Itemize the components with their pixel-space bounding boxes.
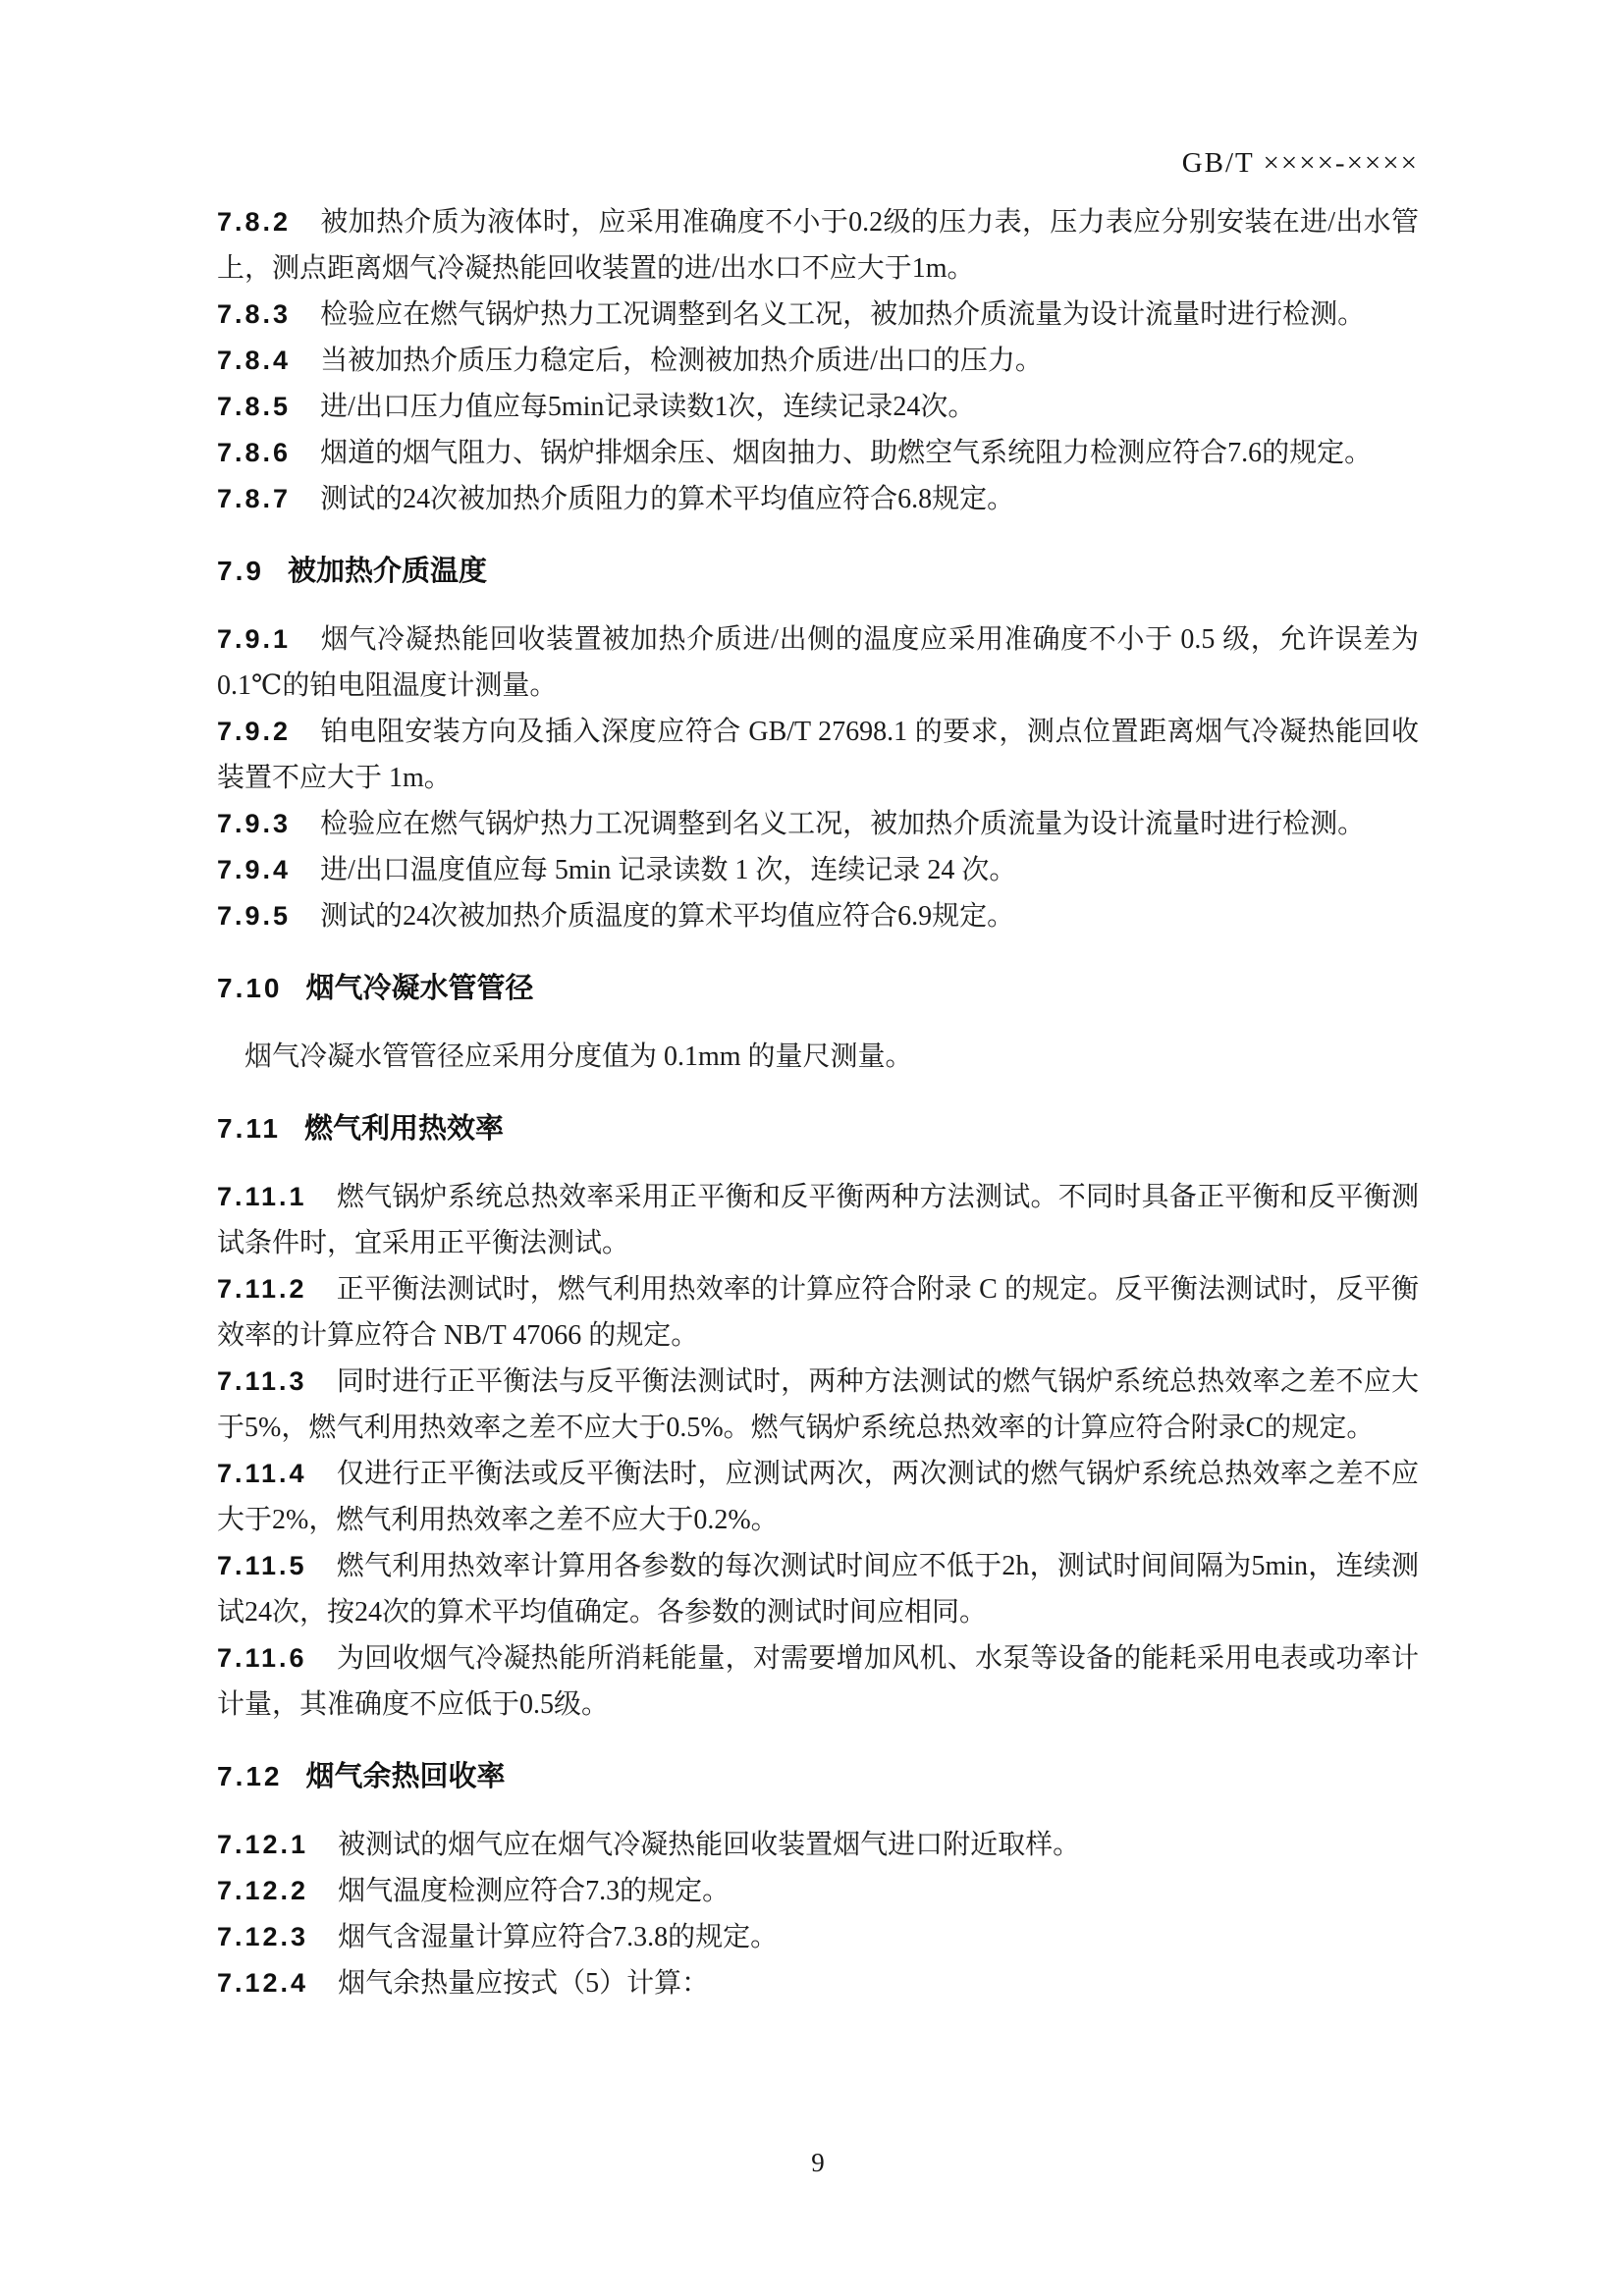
clause-text: 燃气利用热效率计算用各参数的每次测试时间应不低于2h，测试时间间隔为5min，连… — [217, 1551, 1419, 1628]
clause-number: 7.9.3 — [217, 809, 291, 838]
clause-text: 铂电阻安装方向及插入深度应符合 GB/T 27698.1 的要求，测点位置距离烟… — [217, 717, 1419, 793]
clause-7.12.4: 7.12.4烟气余热量应按式（5）计算： — [217, 1960, 1419, 2006]
clause-number: 7.9.4 — [217, 855, 291, 884]
clause-text: 仅进行正平衡法或反平衡法时，应测试两次，两次测试的燃气锅炉系统总热效率之差不应大… — [217, 1459, 1419, 1535]
clause-7.9.5: 7.9.5测试的24次被加热介质温度的算术平均值应符合6.9规定。 — [217, 893, 1419, 939]
page-number: 9 — [217, 2148, 1419, 2178]
clause-number: 7.9.5 — [217, 901, 291, 931]
clause-text: 烟道的烟气阻力、锅炉排烟余压、烟囱抽力、助燃空气系统阻力检测应符合7.6的规定。 — [320, 438, 1372, 468]
clause-7.8.5: 7.8.5进/出口压力值应每5min记录读数1次，连续记录24次。 — [217, 384, 1419, 430]
clause-7.8.7: 7.8.7测试的24次被加热介质阻力的算术平均值应符合6.8规定。 — [217, 476, 1419, 522]
clause-7.12.3: 7.12.3烟气含湿量计算应符合7.3.8的规定。 — [217, 1914, 1419, 1960]
clause-text: 被加热介质为液体时，应采用准确度不小于0.2级的压力表，压力表应分别安装在进/出… — [217, 207, 1419, 284]
clause-text: 烟气含湿量计算应符合7.3.8的规定。 — [338, 1922, 778, 1952]
clause-number: 7.8.5 — [217, 392, 291, 421]
clause-text: 当被加热介质压力稳定后，检测被加热介质进/出口的压力。 — [320, 346, 1043, 376]
clause-7.8.2: 7.8.2被加热介质为液体时，应采用准确度不小于0.2级的压力表，压力表应分别安… — [217, 199, 1419, 292]
clause-text: 进/出口温度值应每 5min 记录读数 1 次，连续记录 24 次。 — [320, 855, 1016, 885]
para-7.10-body: 烟气冷凝水管管径应采用分度值为 0.1mm 的量尺测量。 — [217, 1034, 1419, 1080]
clause-number: 7.9.2 — [217, 717, 291, 746]
clause-text: 进/出口压力值应每5min记录读数1次，连续记录24次。 — [320, 392, 975, 422]
clause-number: 7.12.4 — [217, 1968, 308, 1998]
clause-number: 7.12.1 — [217, 1830, 308, 1859]
clause-7.9.3: 7.9.3检验应在燃气锅炉热力工况调整到名义工况，被加热介质流量为设计流量时进行… — [217, 801, 1419, 847]
clause-number: 7.8.6 — [217, 438, 291, 467]
clause-text: 正平衡法测试时，燃气利用热效率的计算应符合附录 C 的规定。反平衡法测试时，反平… — [217, 1274, 1419, 1351]
clause-text: 测试的24次被加热介质阻力的算术平均值应符合6.8规定。 — [320, 484, 1014, 514]
section-heading-7.11: 7.11燃气利用热效率 — [217, 1105, 1419, 1152]
clause-text: 烟气余热量应按式（5）计算： — [338, 1968, 709, 1999]
clause-text: 测试的24次被加热介质温度的算术平均值应符合6.9规定。 — [320, 901, 1014, 932]
clause-number: 7.8.3 — [217, 299, 291, 329]
clause-7.11.5: 7.11.5燃气利用热效率计算用各参数的每次测试时间应不低于2h，测试时间间隔为… — [217, 1543, 1419, 1635]
clause-7.12.2: 7.12.2烟气温度检测应符合7.3的规定。 — [217, 1868, 1419, 1914]
doc-code-header: GB/T ××××-×××× — [217, 147, 1419, 180]
clause-7.11.2: 7.11.2正平衡法测试时，燃气利用热效率的计算应符合附录 C 的规定。反平衡法… — [217, 1266, 1419, 1359]
clause-text: 烟气冷凝热能回收装置被加热介质进/出侧的温度应采用准确度不小于 0.5 级，允许… — [217, 624, 1419, 701]
section-number: 7.9 — [217, 556, 264, 586]
section-heading-7.9: 7.9被加热介质温度 — [217, 548, 1419, 595]
clause-text: 同时进行正平衡法与反平衡法测试时，两种方法测试的燃气锅炉系统总热效率之差不应大于… — [217, 1366, 1419, 1443]
clause-text: 为回收烟气冷凝热能所消耗能量，对需要增加风机、水泵等设备的能耗采用电表或功率计计… — [217, 1643, 1419, 1720]
clause-number: 7.11.1 — [217, 1182, 307, 1211]
clause-7.12.1: 7.12.1被测试的烟气应在烟气冷凝热能回收装置烟气进口附近取样。 — [217, 1822, 1419, 1868]
clause-number: 7.11.4 — [217, 1459, 307, 1488]
clause-7.8.6: 7.8.6烟道的烟气阻力、锅炉排烟余压、烟囱抽力、助燃空气系统阻力检测应符合7.… — [217, 430, 1419, 476]
section-heading-7.10: 7.10烟气冷凝水管管径 — [217, 965, 1419, 1012]
section-title: 烟气余热回收率 — [306, 1761, 506, 1792]
clause-number: 7.11.3 — [217, 1366, 307, 1396]
clause-7.8.4: 7.8.4当被加热介质压力稳定后，检测被加热介质进/出口的压力。 — [217, 338, 1419, 384]
clause-number: 7.8.2 — [217, 207, 291, 237]
section-title: 燃气利用热效率 — [304, 1113, 504, 1145]
section-title: 被加热介质温度 — [288, 556, 487, 587]
clause-7.11.1: 7.11.1燃气锅炉系统总热效率采用正平衡和反平衡两种方法测试。不同时具备正平衡… — [217, 1174, 1419, 1266]
clause-7.8.3: 7.8.3检验应在燃气锅炉热力工况调整到名义工况，被加热介质流量为设计流量时进行… — [217, 292, 1419, 338]
clause-7.11.3: 7.11.3同时进行正平衡法与反平衡法测试时，两种方法测试的燃气锅炉系统总热效率… — [217, 1359, 1419, 1451]
clause-number: 7.8.7 — [217, 484, 291, 513]
section-title: 烟气冷凝水管管径 — [306, 973, 534, 1004]
clause-number: 7.8.4 — [217, 346, 291, 375]
clause-7.11.4: 7.11.4仅进行正平衡法或反平衡法时，应测试两次，两次测试的燃气锅炉系统总热效… — [217, 1451, 1419, 1543]
section-number: 7.10 — [217, 973, 283, 1003]
clause-text: 检验应在燃气锅炉热力工况调整到名义工况，被加热介质流量为设计流量时进行检测。 — [320, 299, 1365, 330]
section-number: 7.11 — [217, 1113, 281, 1144]
clause-number: 7.12.3 — [217, 1922, 308, 1951]
clause-number: 7.9.1 — [217, 624, 291, 654]
clause-text: 烟气温度检测应符合7.3的规定。 — [338, 1876, 730, 1906]
clause-number: 7.11.6 — [217, 1643, 307, 1673]
standard-document-page: GB/T ××××-×××× 7.8.2被加热介质为液体时，应采用准确度不小于0… — [0, 0, 1624, 2296]
clause-7.9.1: 7.9.1烟气冷凝热能回收装置被加热介质进/出侧的温度应采用准确度不小于 0.5… — [217, 616, 1419, 709]
clause-number: 7.11.2 — [217, 1274, 307, 1304]
clause-7.11.6: 7.11.6为回收烟气冷凝热能所消耗能量，对需要增加风机、水泵等设备的能耗采用电… — [217, 1635, 1419, 1728]
document-body: 7.8.2被加热介质为液体时，应采用准确度不小于0.2级的压力表，压力表应分别安… — [217, 199, 1419, 2006]
clause-text: 燃气锅炉系统总热效率采用正平衡和反平衡两种方法测试。不同时具备正平衡和反平衡测试… — [217, 1182, 1419, 1258]
clause-text: 被测试的烟气应在烟气冷凝热能回收装置烟气进口附近取样。 — [338, 1830, 1080, 1860]
clause-text: 检验应在燃气锅炉热力工况调整到名义工况，被加热介质流量为设计流量时进行检测。 — [320, 809, 1365, 839]
clause-7.9.2: 7.9.2铂电阻安装方向及插入深度应符合 GB/T 27698.1 的要求，测点… — [217, 709, 1419, 801]
section-number: 7.12 — [217, 1761, 283, 1791]
clause-7.9.4: 7.9.4进/出口温度值应每 5min 记录读数 1 次，连续记录 24 次。 — [217, 847, 1419, 893]
clause-number: 7.11.5 — [217, 1551, 307, 1580]
section-heading-7.12: 7.12烟气余热回收率 — [217, 1753, 1419, 1800]
clause-number: 7.12.2 — [217, 1876, 308, 1905]
